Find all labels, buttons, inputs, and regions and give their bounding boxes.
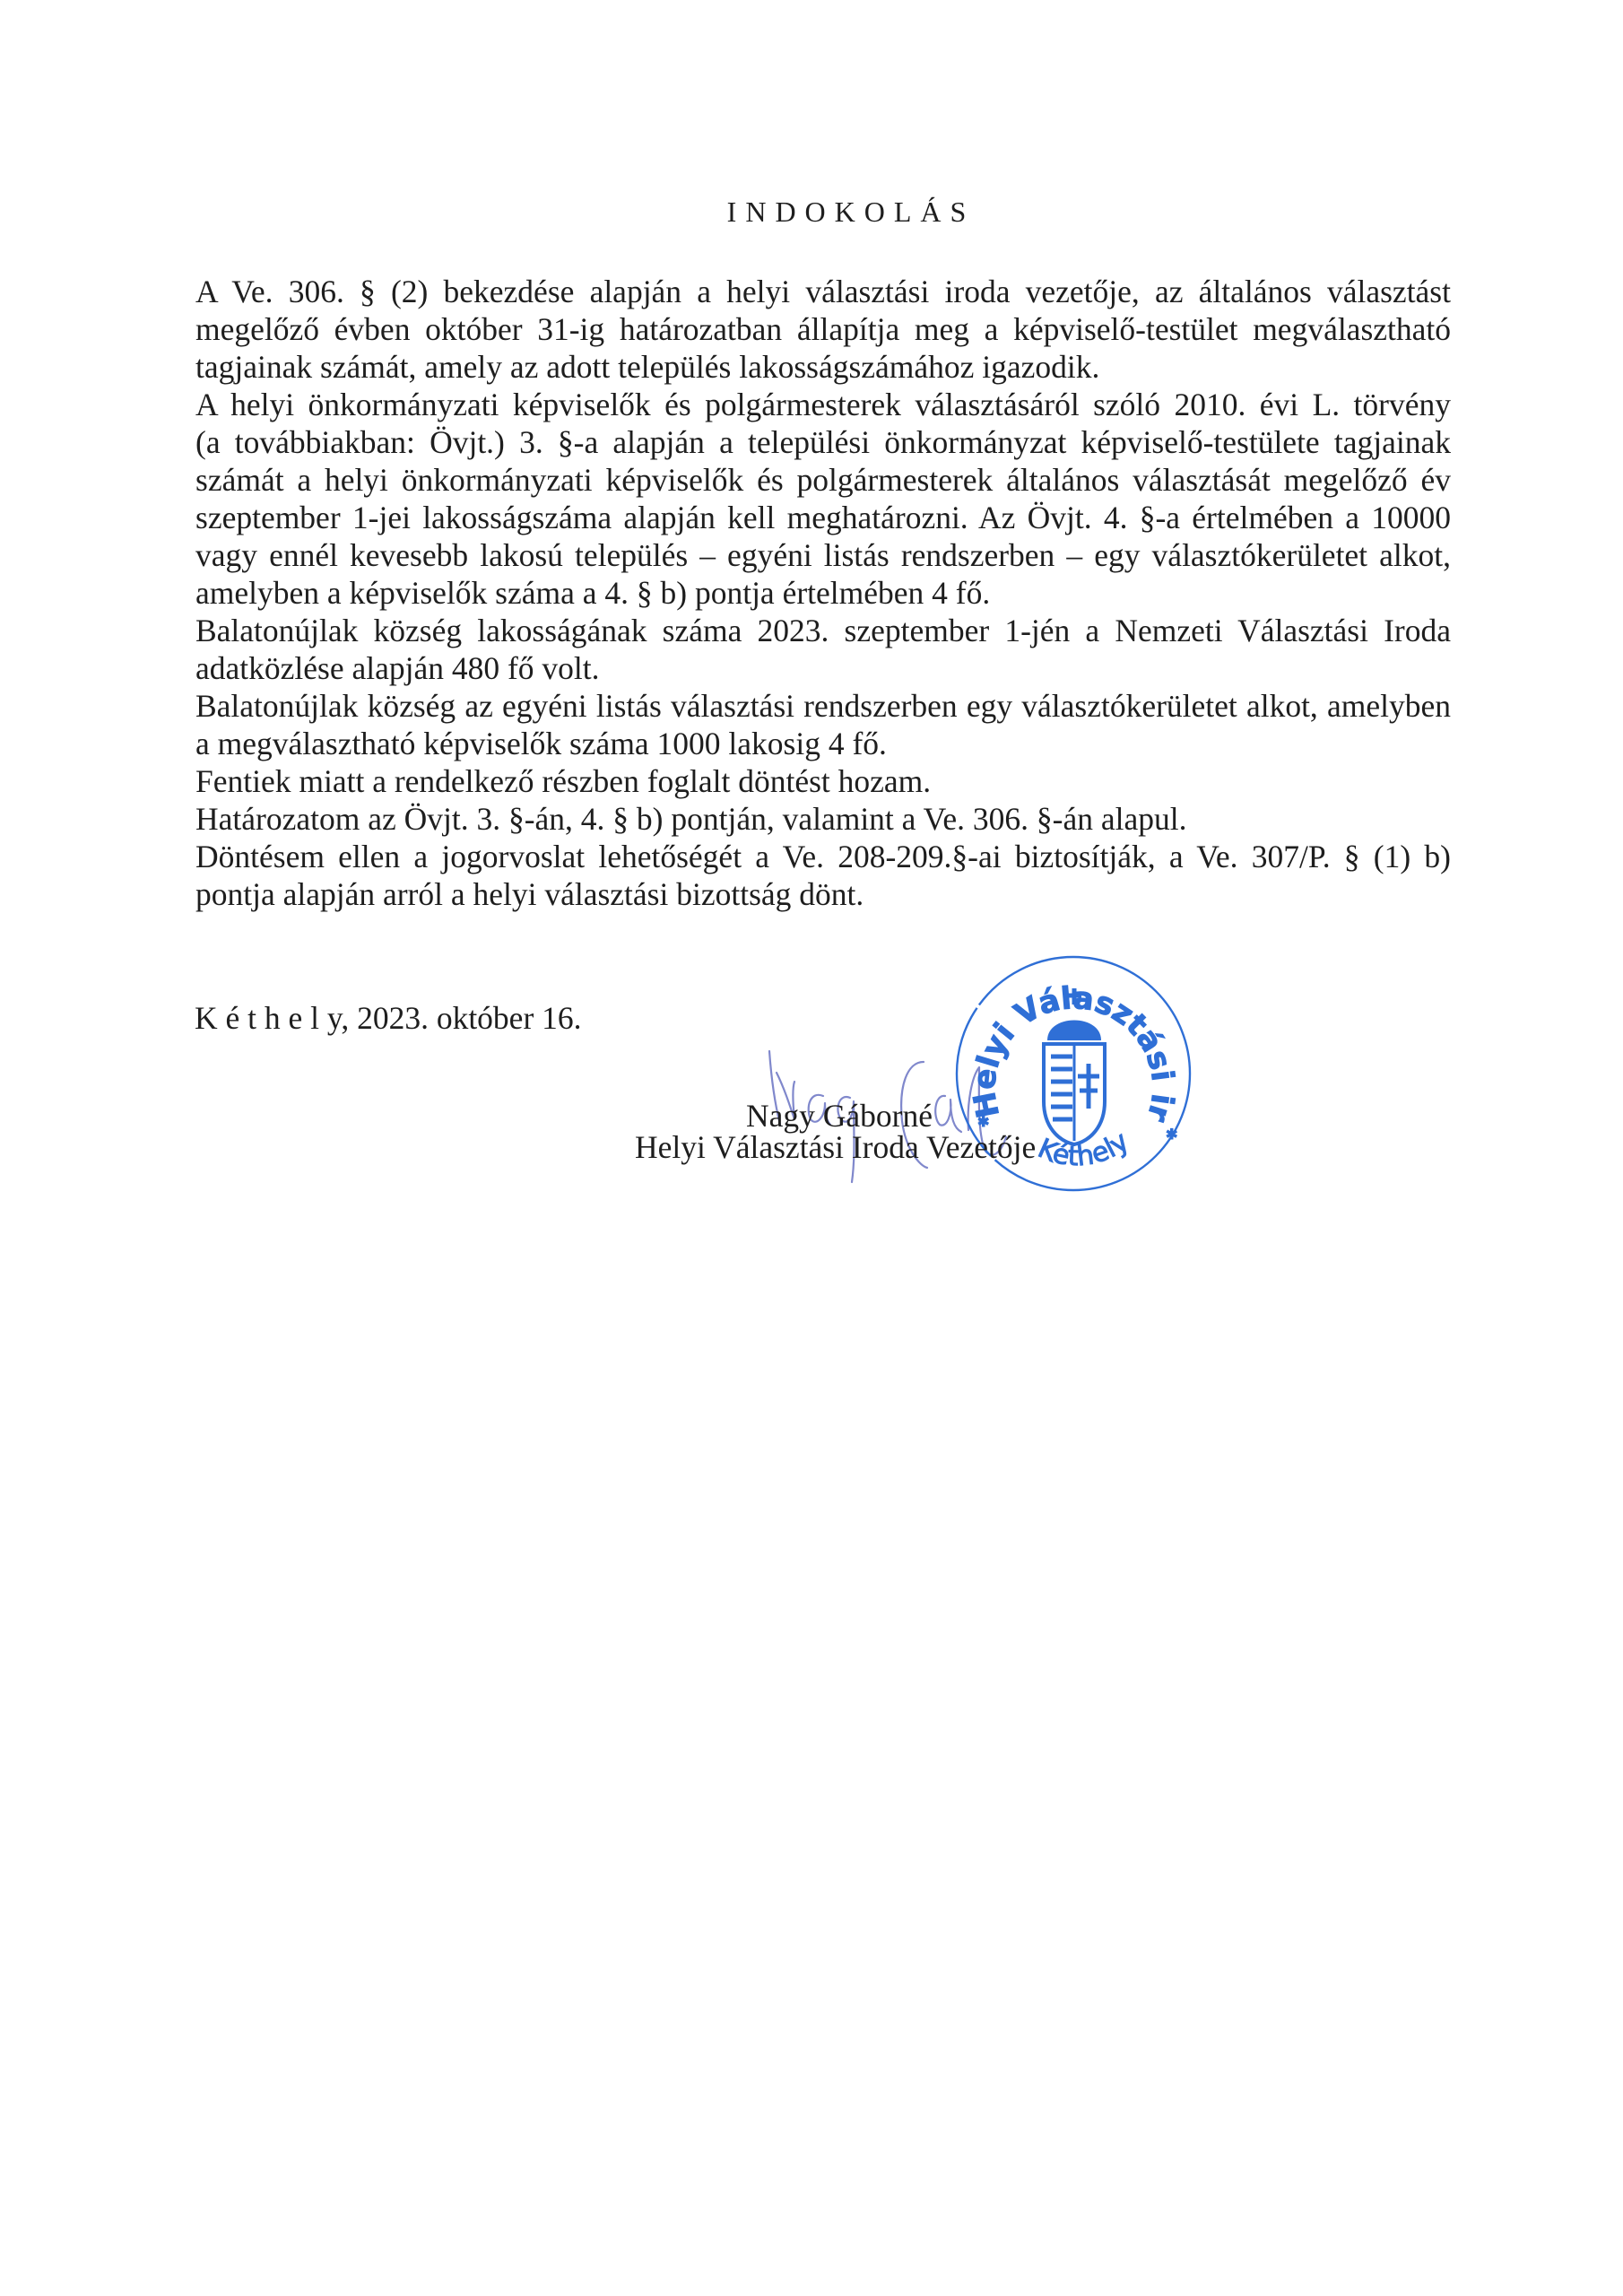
body-line: Határozatom az Övjt. 3. §-án, 4. § b) po… [195,800,1469,838]
body-line: Balatonújlak község az egyéni listás vál… [195,687,1451,725]
body-line: tagjainak számát, amely az adott települ… [195,348,1469,386]
justification-body: A Ve. 306. § (2) bekezdése alapján a hel… [195,273,1469,913]
body-line: A helyi önkormányzati képviselők és polg… [195,386,1451,423]
document-page: INDOKOLÁS A Ve. 306. § (2) bekezdése ala… [0,0,1623,2296]
svg-text:✱: ✱ [1166,1126,1177,1143]
body-line: megelőző évben október 31-ig határozatba… [195,310,1451,348]
body-line: vagy ennél kevesebb lakosú település – e… [195,536,1451,574]
body-line: Döntésem ellen a jogorvoslat lehetőségét… [195,838,1451,875]
body-line: a megválasztható képviselők száma 1000 l… [195,725,1469,762]
place-and-date: K é t h e l y, 2023. október 16. [195,999,582,1037]
body-line: pontja alapján arról a helyi választási … [195,875,1469,913]
body-line: számát a helyi önkormányzati képviselők … [195,461,1451,499]
body-line: szeptember 1-jei lakosságszáma alapján k… [195,499,1451,536]
document-title: INDOKOLÁS [0,194,1623,230]
body-line: A Ve. 306. § (2) bekezdése alapján a hel… [195,273,1451,310]
body-line: Fentiek miatt a rendelkező részben fogla… [195,762,1469,800]
stamp-bottom-text: Kéthely [1033,1126,1134,1172]
body-line: amelyben a képviselők száma a 4. § b) po… [195,574,1469,612]
body-line: Balatonújlak község lakosságának száma 2… [195,612,1451,649]
signatory-role: Helyi Választási Iroda Vezetője [635,1128,1036,1166]
body-line: (a továbbiakban: Övjt.) 3. §-a alapján a… [195,423,1451,461]
body-line: adatközlése alapján 480 fő volt. [195,649,1469,687]
